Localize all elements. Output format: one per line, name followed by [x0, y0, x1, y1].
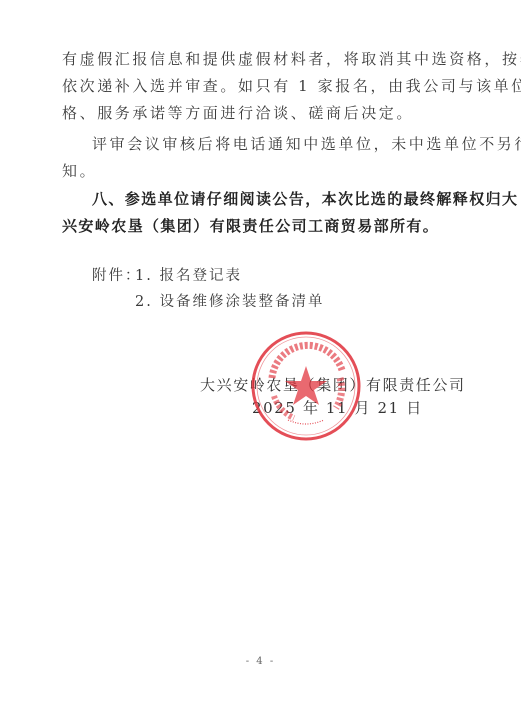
- section-eight-heading: 八、参选单位请仔细阅读公告，本次比选的最终解释权归大: [92, 189, 518, 209]
- body-text-line: 评审会议审核后将电话通知中选单位，未中选单位不另行通: [92, 134, 521, 154]
- document-page: 有虚假汇报信息和提供虚假材料者，将取消其中选资格，按名次 依次递补入选并审查。如…: [0, 0, 521, 706]
- page-number: - 4 -: [0, 656, 521, 667]
- signature-date: 2025 年 11 月 21 日: [252, 397, 423, 418]
- body-text-line: 知。: [62, 161, 97, 181]
- attachment-item: 2. 设备维修涂装整备清单: [135, 290, 324, 311]
- body-text-line: 依次递补入选并审查。如只有 1 家报名，由我公司与该单位就价: [62, 76, 521, 96]
- section-eight-text: 兴安岭农垦（集团）有限责任公司工商贸易部所有。: [62, 216, 439, 236]
- attachment-item: 1. 报名登记表: [135, 264, 242, 285]
- body-text-line: 有虚假汇报信息和提供虚假材料者，将取消其中选资格，按名次: [62, 49, 521, 69]
- body-text-line: 格、服务承诺等方面进行洽谈、磋商后决定。: [62, 103, 414, 123]
- signature-company: 大兴安岭农垦（集团）有限责任公司: [200, 374, 466, 395]
